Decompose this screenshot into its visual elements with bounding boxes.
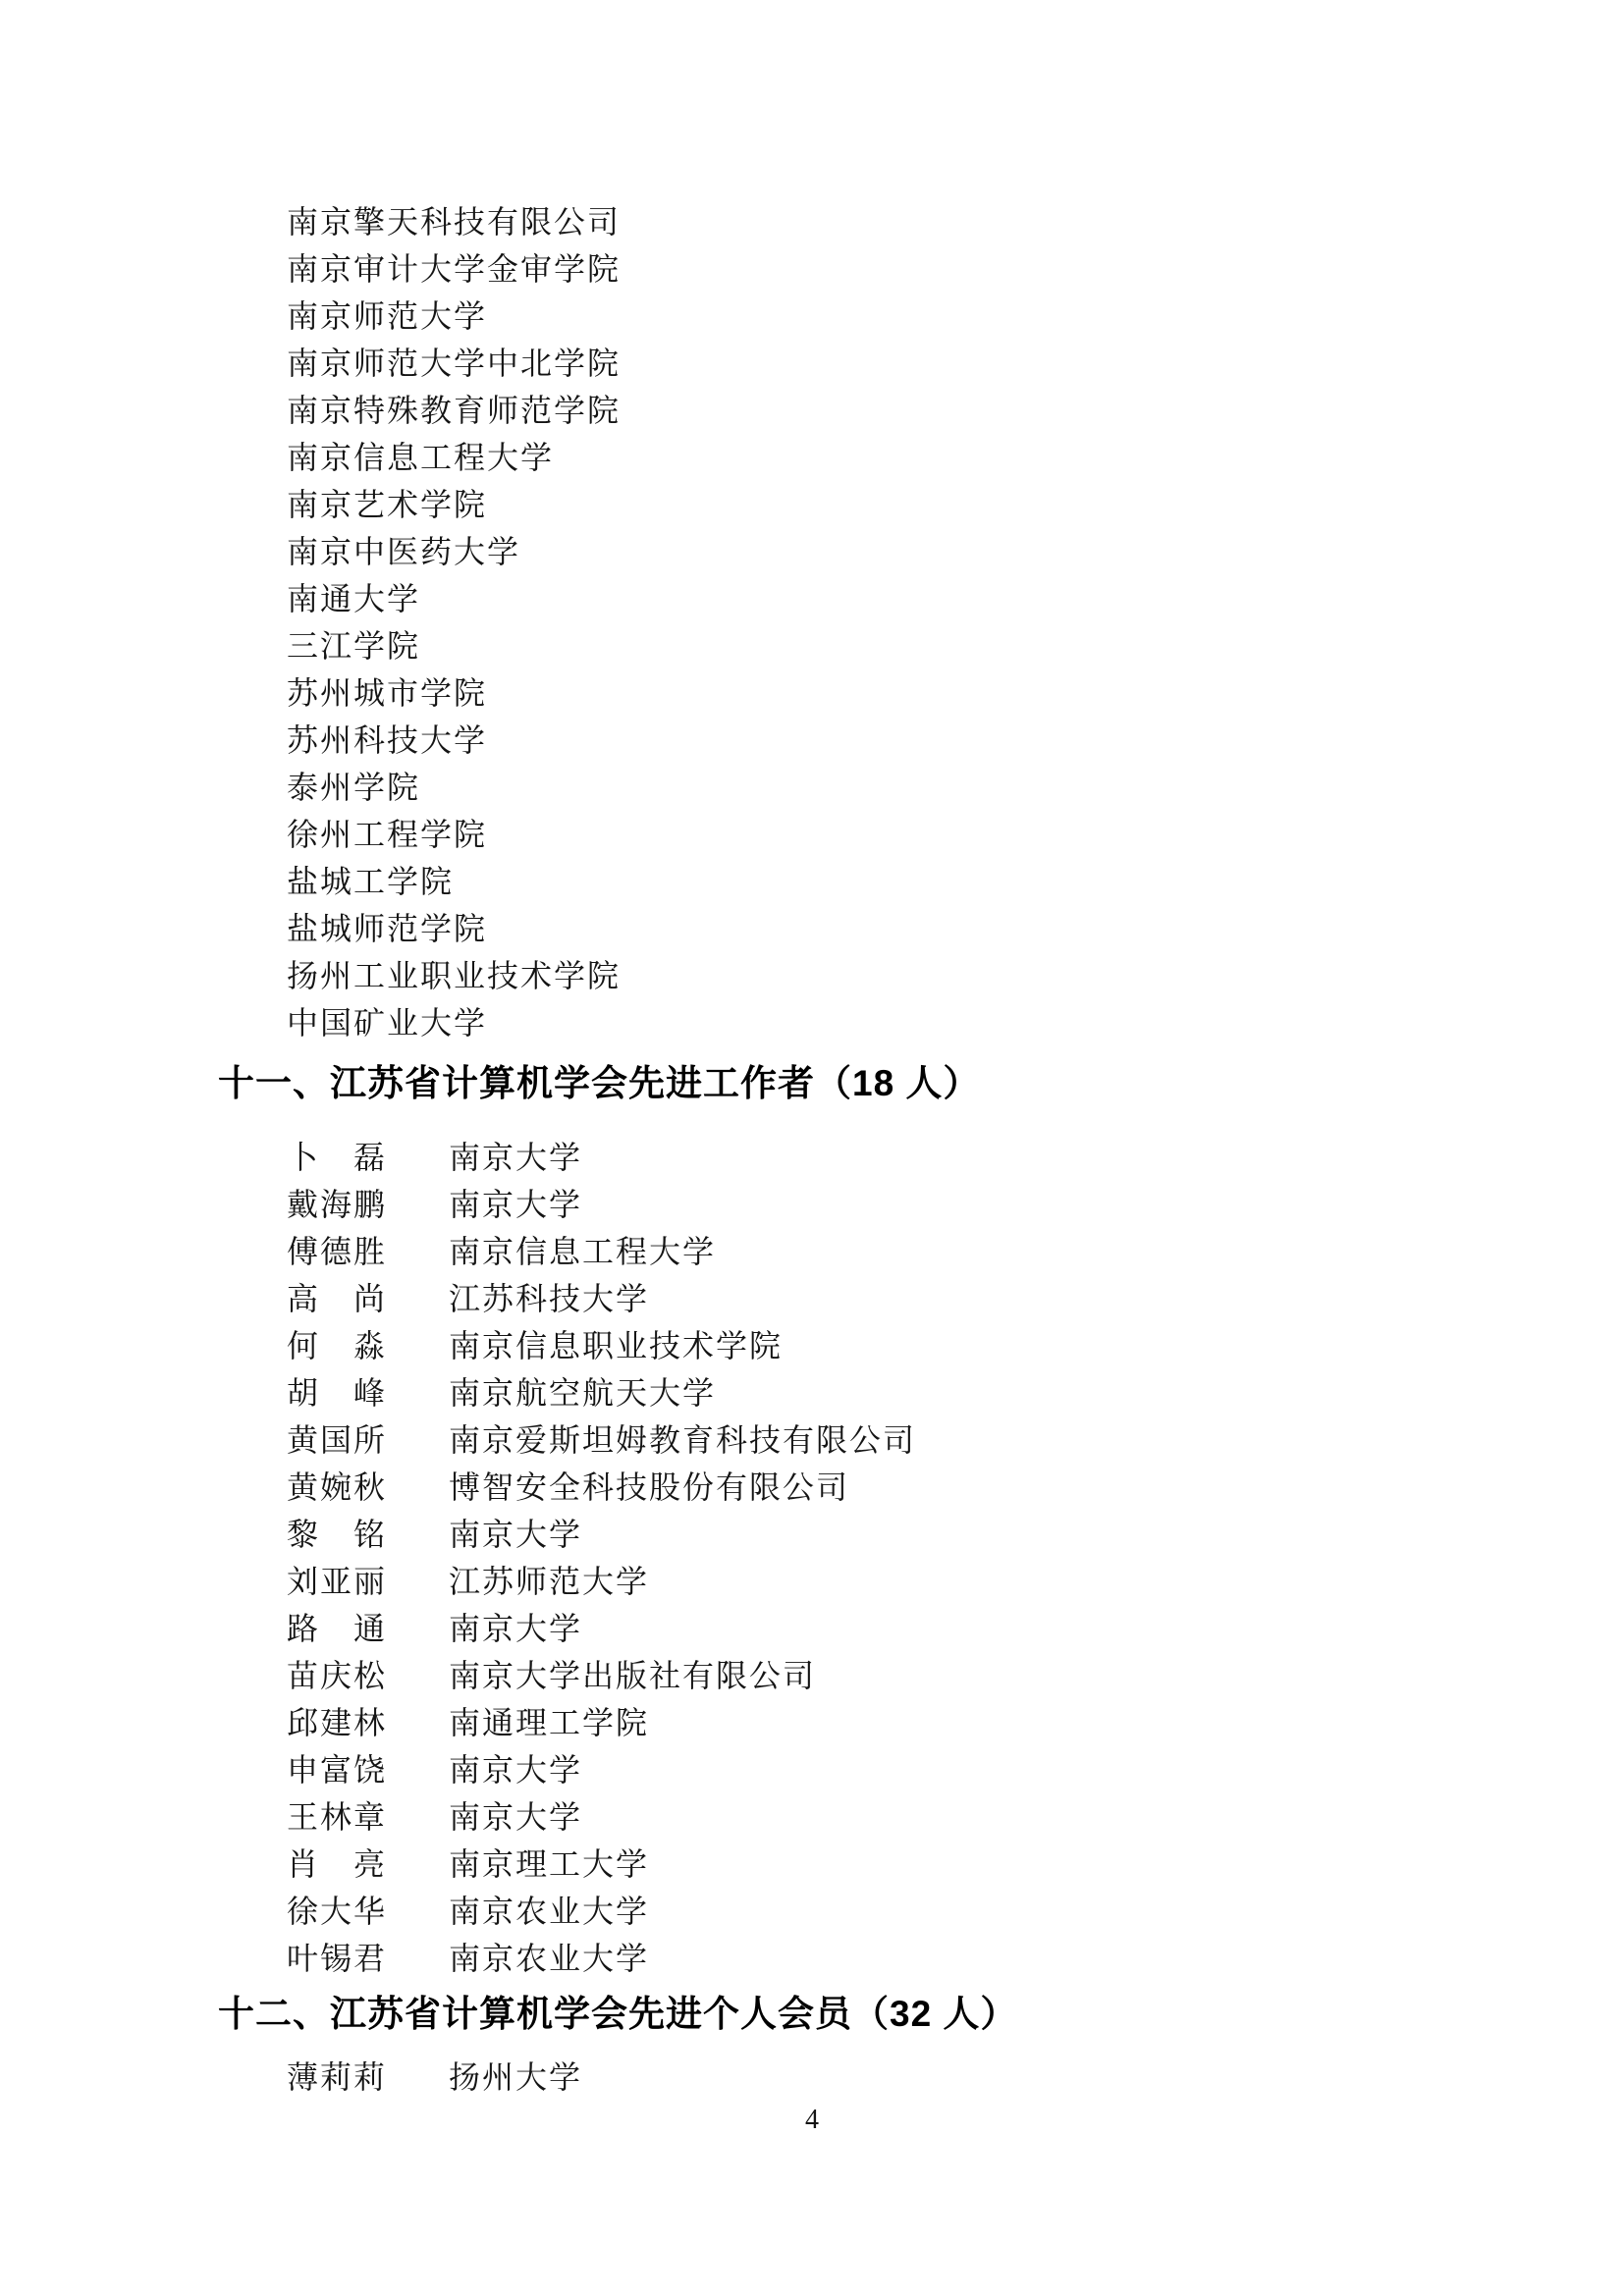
- member-name: 路 通: [287, 1605, 449, 1652]
- member-name: 胡 峰: [287, 1369, 449, 1416]
- org-list-item: 徐州工程学院: [287, 811, 621, 858]
- org-list-item: 南京师范大学中北学院: [287, 340, 621, 387]
- member-name: 黎 铭: [287, 1511, 449, 1558]
- org-list-item: 中国矿业大学: [287, 999, 621, 1046]
- member-affiliation: 扬州大学: [449, 2059, 582, 2095]
- member-name: 肖 亮: [287, 1841, 449, 1888]
- member-row: 苗庆松南京大学出版社有限公司: [287, 1652, 916, 1699]
- member-row: 黄国所南京爱斯坦姆教育科技有限公司: [287, 1416, 916, 1464]
- member-row: 肖 亮南京理工大学: [287, 1841, 916, 1888]
- org-list-item: 南京信息工程大学: [287, 434, 621, 481]
- member-name: 傅德胜: [287, 1228, 449, 1275]
- member-affiliation: 南京农业大学: [449, 1941, 649, 1976]
- member-affiliation: 江苏科技大学: [449, 1281, 649, 1316]
- org-list-item: 南通大学: [287, 575, 621, 622]
- member-row: 黎 铭南京大学: [287, 1511, 916, 1558]
- org-list-item: 苏州城市学院: [287, 669, 621, 717]
- member-affiliation: 南通理工学院: [449, 1705, 649, 1740]
- member-affiliation: 南京大学: [449, 1140, 582, 1175]
- member-affiliation: 南京大学: [449, 1517, 582, 1552]
- member-affiliation: 南京大学: [449, 1187, 582, 1222]
- document-page: 南京擎天科技有限公司 南京审计大学金审学院 南京师范大学 南京师范大学中北学院 …: [0, 0, 1624, 2296]
- member-name: 徐大华: [287, 1888, 449, 1935]
- page-number: 4: [0, 2107, 1624, 2134]
- org-list-item: 扬州工业职业技术学院: [287, 952, 621, 999]
- member-row: 卜 磊南京大学: [287, 1134, 916, 1181]
- member-name: 薄莉莉: [287, 2054, 449, 2101]
- member-affiliation: 南京大学: [449, 1799, 582, 1835]
- member-affiliation: 南京爱斯坦姆教育科技有限公司: [449, 1422, 916, 1458]
- member-name: 卜 磊: [287, 1134, 449, 1181]
- org-list-item: 南京擎天科技有限公司: [287, 198, 621, 245]
- member-row: 王林章南京大学: [287, 1793, 916, 1841]
- member-row: 何 淼南京信息职业技术学院: [287, 1322, 916, 1369]
- member-name: 黄婉秋: [287, 1464, 449, 1511]
- member-name: 王林章: [287, 1793, 449, 1841]
- section-11-heading: 十一、江苏省计算机学会先进工作者（18 人）: [218, 1060, 980, 1107]
- member-row: 路 通南京大学: [287, 1605, 916, 1652]
- org-list-item: 泰州学院: [287, 764, 621, 811]
- member-row: 戴海鹏南京大学: [287, 1181, 916, 1228]
- member-name: 刘亚丽: [287, 1558, 449, 1605]
- member-affiliation: 南京信息职业技术学院: [449, 1328, 783, 1363]
- member-name: 苗庆松: [287, 1652, 449, 1699]
- member-row: 徐大华南京农业大学: [287, 1888, 916, 1935]
- member-name: 黄国所: [287, 1416, 449, 1464]
- member-name: 申富饶: [287, 1746, 449, 1793]
- member-row: 高 尚江苏科技大学: [287, 1275, 916, 1322]
- organization-list: 南京擎天科技有限公司 南京审计大学金审学院 南京师范大学 南京师范大学中北学院 …: [287, 198, 621, 1046]
- member-name: 戴海鹏: [287, 1181, 449, 1228]
- member-name: 高 尚: [287, 1275, 449, 1322]
- org-list-item: 南京艺术学院: [287, 481, 621, 528]
- org-list-item: 盐城工学院: [287, 858, 621, 905]
- member-row: 叶锡君南京农业大学: [287, 1935, 916, 1982]
- org-list-item: 南京师范大学: [287, 293, 621, 340]
- member-affiliation: 南京航空航天大学: [449, 1375, 716, 1411]
- org-list-item: 苏州科技大学: [287, 717, 621, 764]
- org-list-item: 南京中医药大学: [287, 528, 621, 575]
- section-12-heading: 十二、江苏省计算机学会先进个人会员（32 人）: [218, 1991, 1017, 2038]
- member-name: 何 淼: [287, 1322, 449, 1369]
- member-affiliation: 南京农业大学: [449, 1894, 649, 1929]
- section-11-member-list: 卜 磊南京大学 戴海鹏南京大学 傅德胜南京信息工程大学 高 尚江苏科技大学 何 …: [287, 1134, 916, 1982]
- member-affiliation: 南京大学出版社有限公司: [449, 1658, 816, 1693]
- member-row: 薄莉莉扬州大学: [287, 2054, 582, 2101]
- org-list-item: 三江学院: [287, 622, 621, 669]
- member-affiliation: 江苏师范大学: [449, 1564, 649, 1599]
- member-row: 黄婉秋博智安全科技股份有限公司: [287, 1464, 916, 1511]
- member-affiliation: 博智安全科技股份有限公司: [449, 1469, 849, 1505]
- member-affiliation: 南京信息工程大学: [449, 1234, 716, 1269]
- member-name: 邱建林: [287, 1699, 449, 1746]
- org-list-item: 南京审计大学金审学院: [287, 245, 621, 293]
- member-affiliation: 南京大学: [449, 1611, 582, 1646]
- member-row: 邱建林南通理工学院: [287, 1699, 916, 1746]
- member-affiliation: 南京理工大学: [449, 1846, 649, 1882]
- member-row: 刘亚丽江苏师范大学: [287, 1558, 916, 1605]
- section-12-member-list: 薄莉莉扬州大学: [287, 2054, 582, 2101]
- member-row: 申富饶南京大学: [287, 1746, 916, 1793]
- member-row: 胡 峰南京航空航天大学: [287, 1369, 916, 1416]
- org-list-item: 南京特殊教育师范学院: [287, 387, 621, 434]
- member-row: 傅德胜南京信息工程大学: [287, 1228, 916, 1275]
- member-name: 叶锡君: [287, 1935, 449, 1982]
- member-affiliation: 南京大学: [449, 1752, 582, 1788]
- org-list-item: 盐城师范学院: [287, 905, 621, 952]
